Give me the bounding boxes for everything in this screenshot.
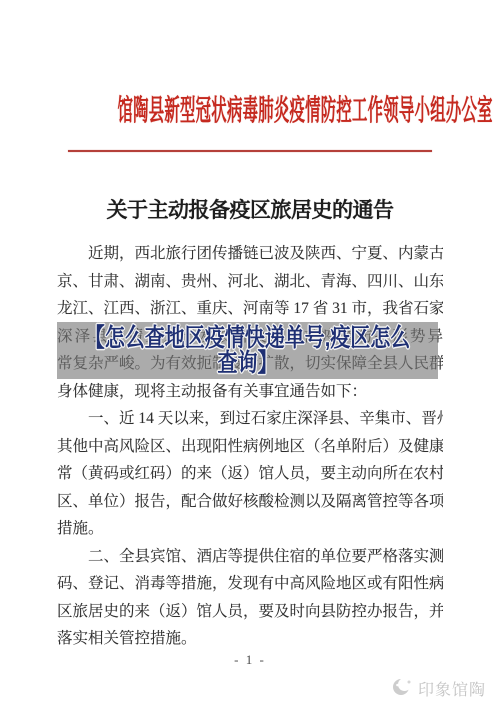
caption-overlay-band: 【怎么查地区疫情快递单号,疫区怎么 查询】 — [57, 322, 438, 379]
document-line: 二、全县宾馆、酒店等提供住宿的单位要严格落实测温验 — [57, 543, 443, 571]
document-line: 龙江、江西、浙江、重庆、河南等 17 省 31 市，我省石家庄 — [57, 295, 443, 323]
document-line: 京、甘肃、湖南、贵州、河北、湖北、青海、四川、山东、黑 — [57, 268, 443, 296]
impression-guantao-logo-icon — [391, 676, 413, 701]
watermark: 印象馆陶 — [391, 676, 486, 701]
document-line: 措施。 — [57, 515, 443, 543]
page-number: - 1 - — [0, 652, 500, 668]
document-line: 落实相关管控措施。 — [57, 625, 443, 653]
document-line: 码、登记、消毒等措施，发现有中高风险地区或有阳性病例地 — [57, 570, 443, 598]
watermark-label: 印象馆陶 — [418, 677, 486, 700]
caption-overlay-text-line2: 查询】 — [217, 351, 277, 376]
document-line: 近期，西北旅行团传播链已波及陕西、宁夏、内蒙古、北 — [57, 240, 443, 268]
document-title: 关于主动报备疫区旅居史的通告 — [0, 194, 500, 224]
document-line: 其他中高风险区、出现阳性病例地区（名单附后）及健康码异 — [57, 433, 443, 461]
caption-overlay-text-line1: 【怎么查地区疫情快递单号,疫区怎么 — [85, 326, 411, 351]
document-line: 区旅居史的来（返）馆人员，要及时向县防控办报告，并配合 — [57, 598, 443, 626]
document-body: 近期，西北旅行团传播链已波及陕西、宁夏、内蒙古、北 京、甘肃、湖南、贵州、河北、… — [57, 240, 443, 653]
document-line: 区、单位）报告，配合做好核酸检测以及隔离管控等各项防控 — [57, 488, 443, 516]
document-line: 身体健康，现将主动报备有关事宜通告如下： — [57, 378, 443, 406]
letterhead-divider-line — [68, 150, 432, 152]
scanned-notice-page: 馆陶县新型冠状病毒肺炎疫情防控工作领导小组办公室 关于主动报备疫区旅居史的通告 … — [0, 0, 500, 707]
document-line: 常（黄码或红码）的来（返）馆人员，要主动向所在农村（社 — [57, 460, 443, 488]
document-line: 一、近 14 天以来，到过石家庄深泽县、辛集市、晋州市、 — [57, 405, 443, 433]
document-issuer-letterhead: 馆陶县新型冠状病毒肺炎疫情防控工作领导小组办公室 — [118, 88, 383, 129]
